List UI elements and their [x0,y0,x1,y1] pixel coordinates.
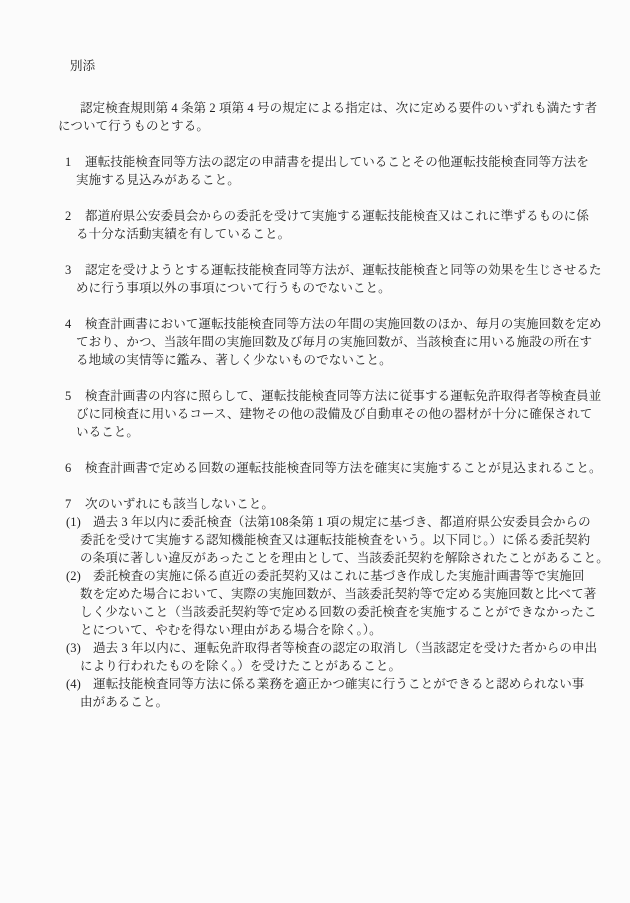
subitem-3: (3)過去 3 年以内に、運転免許取得者等検査の認定の取消し（当該認定を受けた者… [0,639,630,675]
subitem-4-number: (4) [66,675,93,693]
subitem-1-line-3: の条項に著しい違反があったことを理由として、当該委託契約を解除されたことがあるこ… [80,549,630,567]
subitem-2-line-4: とについて、やむを得ない理由がある場合を除く。）。 [80,621,630,639]
item-2: 2都道府県公安委員会からの委託を受けて実施する運転技能検査又はこれに準ずるものに… [0,207,630,243]
subitem-2-line-2: 数を定めた場合において、実際の実施回数が、当該委託契約等で定める実施回数と比べて… [80,585,630,603]
item-4-line-2: ており、かつ、当該年間の実施回数及び毎月の実施回数が、当該検査に用いる施設の所在… [76,333,630,351]
item-5-number: 5 [65,387,85,405]
item-4-number: 4 [65,315,85,333]
intro-line-2: について行うものとする。 [58,117,630,135]
item-5: 5検査計画書の内容に照らして、運転技能検査同等方法に従事する運転免許取得者等検査… [0,387,630,441]
subitem-2-text: 委託検査の実施に係る直近の委託契約又はこれに基づき作成した実施計画書等で実施回 [93,569,584,583]
subitem-4-line-2: 由があること。 [80,693,630,711]
subitem-3-line-1: (3)過去 3 年以内に、運転免許取得者等検査の認定の取消し（当該認定を受けた者… [66,639,630,657]
subitem-3-text: 過去 3 年以内に、運転免許取得者等検査の認定の取消し（当該認定を受けた者からの… [93,641,597,655]
item-1-number: 1 [65,153,85,171]
item-2-text: 都道府県公安委員会からの委託を受けて実施する運転技能検査又はこれに準ずるものに係 [85,209,589,223]
item-5-line-3: いること。 [76,423,630,441]
item-3-line-2: めに行う事項以外の事項について行うものでないこと。 [76,279,630,297]
item-6: 6検査計画書で定める回数の運転技能検査同等方法を確実に実施することが見込まれるこ… [0,459,630,477]
item-5-line-1: 5検査計画書の内容に照らして、運転技能検査同等方法に従事する運転免許取得者等検査… [65,387,630,405]
subitem-4-line-1: (4)運転技能検査同等方法に係る業務を適正かつ確実に行うことができると認められな… [66,675,630,693]
item-2-line-2: る十分な活動実績を有していること。 [76,225,630,243]
item-5-text: 検査計画書の内容に照らして、運転技能検査同等方法に従事する運転免許取得者等検査員… [85,389,601,403]
item-3-text: 認定を受けようとする運転技能検査同等方法が、運転技能検査と同等の効果を生じさせる… [85,263,602,277]
subitem-2-line-1: (2)委託検査の実施に係る直近の委託契約又はこれに基づき作成した実施計画書等で実… [66,567,630,585]
item-6-text: 検査計画書で定める回数の運転技能検査同等方法を確実に実施することが見込まれること… [85,461,602,475]
item-3: 3認定を受けようとする運転技能検査同等方法が、運転技能検査と同等の効果を生じさせ… [0,261,630,297]
subitem-1-line-1: (1)過去 3 年以内に委託検査（法第108条第 1 項の規定に基づき、都道府県… [66,513,630,531]
subitem-1-text: 過去 3 年以内に委託検査（法第108条第 1 項の規定に基づき、都道府県公安委… [93,515,591,529]
subitem-3-number: (3) [66,639,93,657]
item-3-line-1: 3認定を受けようとする運転技能検査同等方法が、運転技能検査と同等の効果を生じさせ… [65,261,630,279]
document-page: 別添 認定検査規則第 4 条第 2 項第 4 号の規定による指定は、次に定める要… [0,0,630,903]
item-7-line-1: 7次のいずれにも該当しないこと。 [65,495,630,513]
intro-paragraph: 認定検査規則第 4 条第 2 項第 4 号の規定による指定は、次に定める要件のい… [0,99,630,135]
subitem-4-text: 運転技能検査同等方法に係る業務を適正かつ確実に行うことができると認められない事 [93,677,584,691]
attachment-label: 別添 [70,57,630,75]
item-6-number: 6 [65,459,85,477]
item-3-number: 3 [65,261,85,279]
subitem-1-line-2: 委託を受けて実施する認知機能検査又は運転技能検査をいう。以下同じ。）に係る委託契… [80,531,630,549]
item-4-line-3: る地域の実情等に鑑み、著しく少ないものでないこと。 [76,351,630,369]
item-7-number: 7 [65,495,85,513]
subitem-1-number: (1) [66,513,93,531]
item-2-line-1: 2都道府県公安委員会からの委託を受けて実施する運転技能検査又はこれに準ずるものに… [65,207,630,225]
item-1-text: 運転技能検査同等方法の認定の申請書を提出していることその他運転技能検査同等方法を [85,155,589,169]
subitem-1: (1)過去 3 年以内に委託検査（法第108条第 1 項の規定に基づき、都道府県… [0,513,630,567]
item-6-line-1: 6検査計画書で定める回数の運転技能検査同等方法を確実に実施することが見込まれるこ… [65,459,630,477]
item-2-number: 2 [65,207,85,225]
item-4: 4検査計画書において運転技能検査同等方法の年間の実施回数のほか、毎月の実施回数を… [0,315,630,369]
item-1-line-1: 1運転技能検査同等方法の認定の申請書を提出していることその他運転技能検査同等方法… [65,153,630,171]
item-1-line-2: 実施する見込みがあること。 [76,171,630,189]
subitem-2-line-3: しく少ないこと（当該委託契約等で定める回数の委託検査を実施することができなかった… [80,603,630,621]
item-1: 1運転技能検査同等方法の認定の申請書を提出していることその他運転技能検査同等方法… [0,153,630,189]
intro-line-1: 認定検査規則第 4 条第 2 項第 4 号の規定による指定は、次に定める要件のい… [80,99,630,117]
item-4-line-1: 4検査計画書において運転技能検査同等方法の年間の実施回数のほか、毎月の実施回数を… [65,315,630,333]
item-4-text: 検査計画書において運転技能検査同等方法の年間の実施回数のほか、毎月の実施回数を定… [85,317,602,331]
subitem-2: (2)委託検査の実施に係る直近の委託契約又はこれに基づき作成した実施計画書等で実… [0,567,630,639]
item-7-text: 次のいずれにも該当しないこと。 [85,497,274,511]
item-7: 7次のいずれにも該当しないこと。 (1)過去 3 年以内に委託検査（法第108条… [0,495,630,711]
subitem-2-number: (2) [66,567,93,585]
subitem-3-line-2: により行われたものを除く。）を受けたことがあること。 [80,657,630,675]
item-5-line-2: びに同検査に用いるコース、建物その他の設備及び自動車その他の器材が十分に確保され… [76,405,630,423]
subitem-4: (4)運転技能検査同等方法に係る業務を適正かつ確実に行うことができると認められな… [0,675,630,711]
